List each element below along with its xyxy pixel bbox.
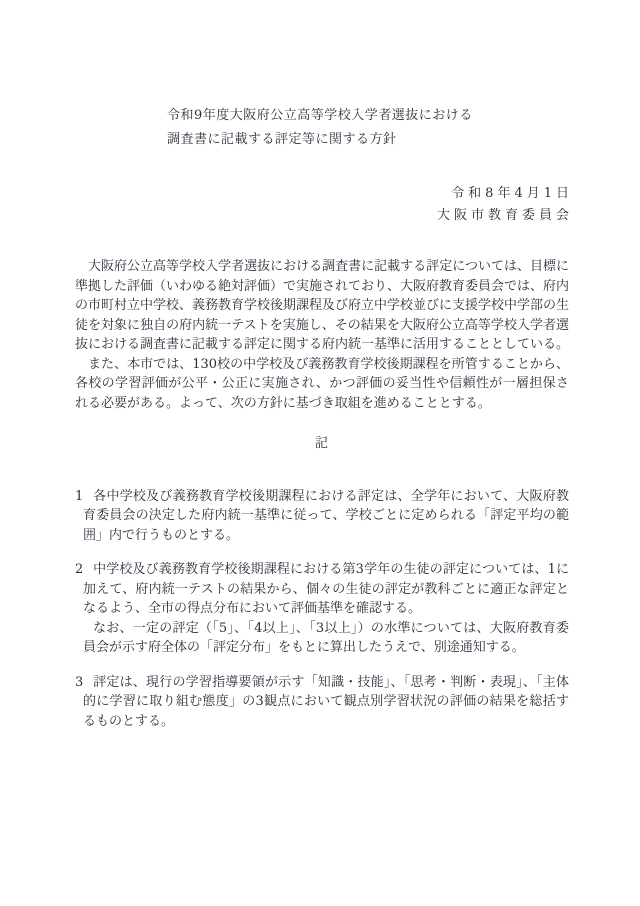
- policy-item-3-text: 3評定は、現行の学習指導要領が示す「知識・技能」、「思考・判断・表現」、「主体的…: [83, 673, 569, 732]
- policy-item-3: 3評定は、現行の学習指導要領が示す「知識・技能」、「思考・判断・表現」、「主体的…: [83, 673, 569, 732]
- issuing-organization: 大阪市教育委員会: [75, 205, 573, 227]
- title-line-2: 調査書に記載する評定等に関する方針: [167, 128, 569, 152]
- policy-items: 1各中学校及び義務教育学校後期課程における評定は、全学年において、大阪府教育委員…: [75, 487, 569, 732]
- item-2-paragraph-2: なお、一定の評定（「5」、「4以上」、「3以上」）の水準については、大阪府教育委…: [83, 619, 569, 658]
- policy-item-1-text: 1各中学校及び義務教育学校後期課程における評定は、全学年において、大阪府教育委員…: [83, 487, 569, 546]
- ki-separator: 記: [75, 434, 569, 454]
- item-3-paragraph-1: 評定は、現行の学習指導要領が示す「知識・技能」、「思考・判断・表現」、「主体的に…: [83, 675, 569, 729]
- intro-paragraph-1: 大阪府公立高等学校入学者選抜における調査書に記載する評定については、目標に準拠し…: [75, 257, 569, 355]
- date-issuer-block: 令和8年4月1日 大阪市教育委員会: [75, 183, 569, 227]
- intro-paragraph-2: また、本市では、130校の中学校及び義務教育学校後期課程を所管することから、各校…: [75, 355, 569, 414]
- policy-item-2: 2中学校及び義務教育学校後期課程における第3学年の生徒の評定については、1に加え…: [83, 560, 569, 658]
- document-page: 令和9年度大阪府公立高等学校入学者選抜における 調査書に記載する評定等に関する方…: [0, 0, 640, 906]
- policy-item-1: 1各中学校及び義務教育学校後期課程における評定は、全学年において、大阪府教育委員…: [83, 487, 569, 546]
- issue-date: 令和8年4月1日: [75, 183, 573, 205]
- item-number-1: 1: [75, 487, 93, 507]
- item-2-paragraph-1: 中学校及び義務教育学校後期課程における第3学年の生徒の評定については、1に加えて…: [83, 562, 569, 616]
- item-number-2: 2: [75, 560, 93, 580]
- item-number-3: 3: [75, 673, 93, 693]
- document-title: 令和9年度大阪府公立高等学校入学者選抜における 調査書に記載する評定等に関する方…: [167, 104, 569, 152]
- policy-item-2-text: 2中学校及び義務教育学校後期課程における第3学年の生徒の評定については、1に加え…: [83, 560, 569, 619]
- intro-section: 大阪府公立高等学校入学者選抜における調査書に記載する評定については、目標に準拠し…: [75, 257, 569, 413]
- title-line-1: 令和9年度大阪府公立高等学校入学者選抜における: [167, 104, 569, 128]
- item-1-paragraph-1: 各中学校及び義務教育学校後期課程における評定は、全学年において、大阪府教育委員会…: [83, 489, 569, 543]
